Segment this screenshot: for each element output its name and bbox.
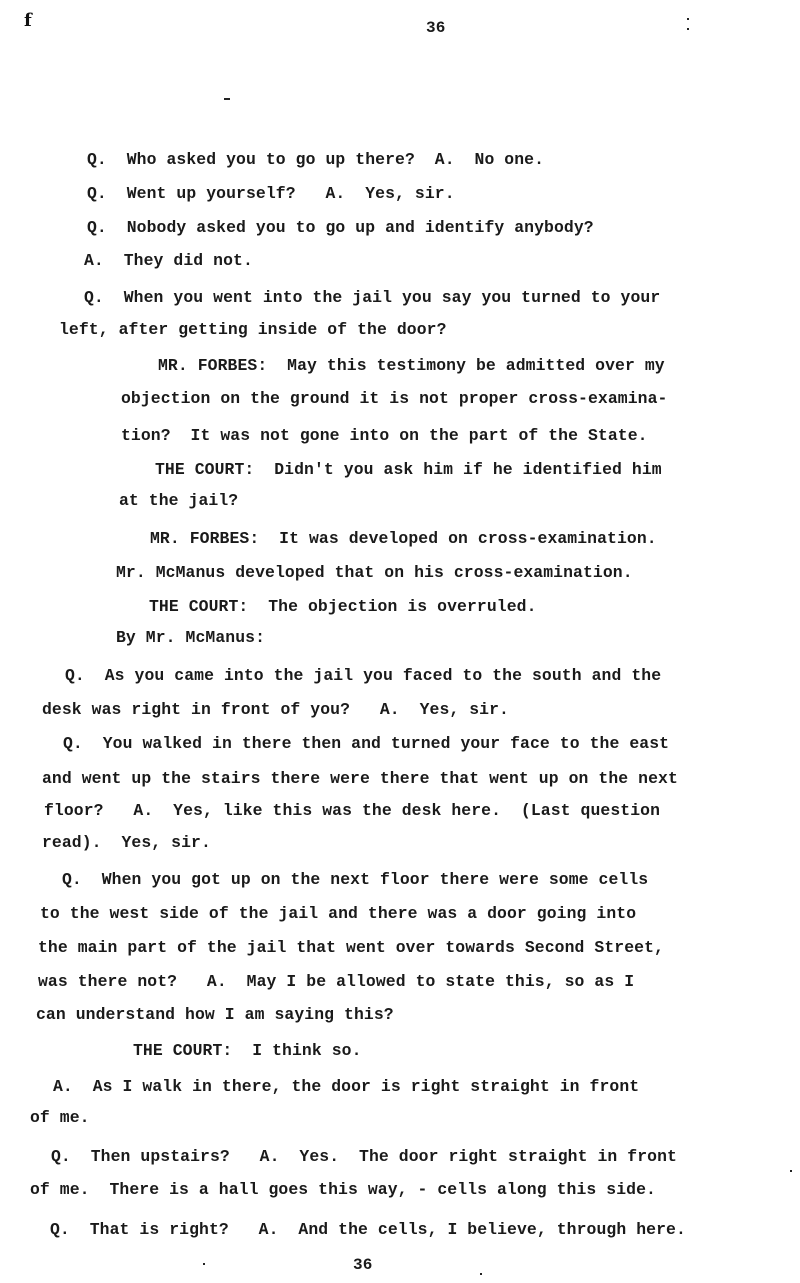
transcript-line: Q. You walked in there then and turned y…	[63, 734, 669, 754]
transcript-line: left, after getting inside of the door?	[59, 320, 447, 340]
page-number-bottom: 36	[353, 1255, 372, 1275]
transcript-page: f 36 Q. Who asked you to go up there? A.…	[0, 0, 800, 1283]
transcript-line: at the jail?	[119, 491, 238, 511]
transcript-line: the main part of the jail that went over…	[38, 938, 664, 958]
transcript-line: floor? A. Yes, like this was the desk he…	[44, 801, 660, 821]
transcript-line: objection on the ground it is not proper…	[121, 389, 667, 409]
transcript-line: was there not? A. May I be allowed to st…	[38, 972, 634, 992]
transcript-line: Q. As you came into the jail you faced t…	[65, 666, 661, 686]
transcript-line: Q. Who asked you to go up there? A. No o…	[87, 150, 544, 170]
transcript-line: THE COURT: The objection is overruled.	[149, 597, 537, 617]
transcript-line: Q. Nobody asked you to go up and identif…	[87, 218, 594, 238]
transcript-line: Mr. McManus developed that on his cross-…	[116, 563, 633, 583]
page-number-top: 36	[426, 18, 445, 38]
transcript-line: tion? It was not gone into on the part o…	[121, 426, 648, 446]
transcript-line: of me. There is a hall goes this way, - …	[30, 1180, 656, 1200]
transcript-line: to the west side of the jail and there w…	[40, 904, 636, 924]
transcript-line: By Mr. McManus:	[116, 628, 265, 648]
scan-speck	[480, 1273, 482, 1275]
scan-speck	[687, 28, 689, 30]
scan-speck	[790, 1170, 792, 1172]
transcript-line: Q. Then upstairs? A. Yes. The door right…	[51, 1147, 677, 1167]
scan-speck	[203, 1263, 205, 1265]
scan-speck	[224, 98, 230, 100]
transcript-line: can understand how I am saying this?	[36, 1005, 394, 1025]
scan-speck	[687, 18, 689, 20]
corner-mark: f	[24, 10, 32, 31]
transcript-line: Q. Went up yourself? A. Yes, sir.	[87, 184, 455, 204]
transcript-line: THE COURT: Didn't you ask him if he iden…	[155, 460, 662, 480]
transcript-line: Q. When you went into the jail you say y…	[84, 288, 660, 308]
transcript-line: A. They did not.	[84, 251, 253, 271]
transcript-line: desk was right in front of you? A. Yes, …	[42, 700, 509, 720]
transcript-line: and went up the stairs there were there …	[42, 769, 678, 789]
transcript-line: A. As I walk in there, the door is right…	[53, 1077, 639, 1097]
transcript-line: read). Yes, sir.	[42, 833, 211, 853]
transcript-line: Q. When you got up on the next floor the…	[62, 870, 648, 890]
transcript-line: of me.	[30, 1108, 90, 1128]
transcript-line: MR. FORBES: It was developed on cross-ex…	[150, 529, 657, 549]
transcript-line: Q. That is right? A. And the cells, I be…	[50, 1220, 686, 1240]
transcript-line: THE COURT: I think so.	[133, 1041, 362, 1061]
transcript-line: MR. FORBES: May this testimony be admitt…	[158, 356, 665, 376]
